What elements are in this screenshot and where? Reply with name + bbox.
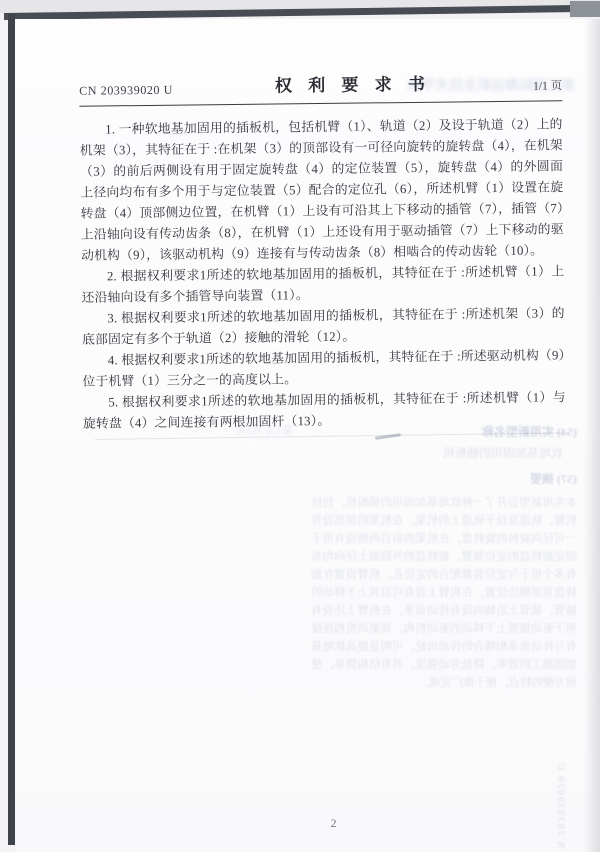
- page-title: 权 利 要 求 书: [275, 70, 431, 97]
- page-number: 2: [79, 816, 562, 831]
- bleedthrough-side-text: CN 203939020 U: [555, 717, 565, 852]
- claim-paragraph-5: 5. 根据权利要求1所述的软地基加固用的插板机，其特征在于 :所述机臂（1）与旋…: [83, 387, 566, 434]
- claim-paragraph-1: 1. 一种软地基加固用的插板机，包括机臂（1）、轨道（2）及设于轨道（2）上的机…: [80, 114, 565, 266]
- claims-section: 1. 一种软地基加固用的插板机，包括机臂（1）、轨道（2）及设于轨道（2）上的机…: [80, 114, 567, 434]
- scanned-page: 浙江国际海运职业技术学院 第1页 共1页 (54) 实用新型名称 软地基加固用的…: [0, 0, 600, 852]
- page-indicator: 1/1 页: [533, 77, 562, 93]
- document-number: CN 203939020 U: [79, 83, 173, 99]
- claim-paragraph-2: 2. 根据权利要求1所述的软地基加固用的插板机，其特征在于 :所述机臂（1）上还…: [81, 261, 564, 308]
- scanner-edge-left: [8, 14, 15, 845]
- scanner-corner-block: [570, 1, 600, 17]
- claim-paragraph-3: 3. 根据权利要求1所述的软地基加固用的插板机，其特征在于 :所述机架（3）的底…: [82, 303, 565, 350]
- claim-paragraph-4: 4. 根据权利要求1所述的软地基加固用的插板机，其特征在于 :所述驱动机构（9）…: [82, 345, 565, 392]
- bleedthrough-ink-blob: [375, 433, 401, 440]
- document-page: 浙江国际海运职业技术学院 第1页 共1页 (54) 实用新型名称 软地基加固用的…: [15, 19, 600, 852]
- page-edge-shadow: [584, 19, 600, 852]
- page-content: CN 203939020 U 权 利 要 求 书 1/1 页 1. 一种软地基加…: [79, 68, 566, 434]
- bleedthrough-abstract-block: (54) 实用新型名称 软地基加固用的插板机 (57) 摘要 本实用新型公开了一…: [311, 423, 577, 692]
- bleedthrough-label-57: (57) 摘要: [311, 470, 577, 487]
- bleedthrough-abstract-text: 本实用新型公开了一种软地基加固用的插板机，包括机臂、轨道及设于轨道上的机架，在机…: [311, 494, 577, 692]
- bleedthrough-invention-title: 软地基加固用的插板机: [311, 444, 563, 461]
- page-header: CN 203939020 U 权 利 要 求 书 1/1 页: [79, 68, 562, 106]
